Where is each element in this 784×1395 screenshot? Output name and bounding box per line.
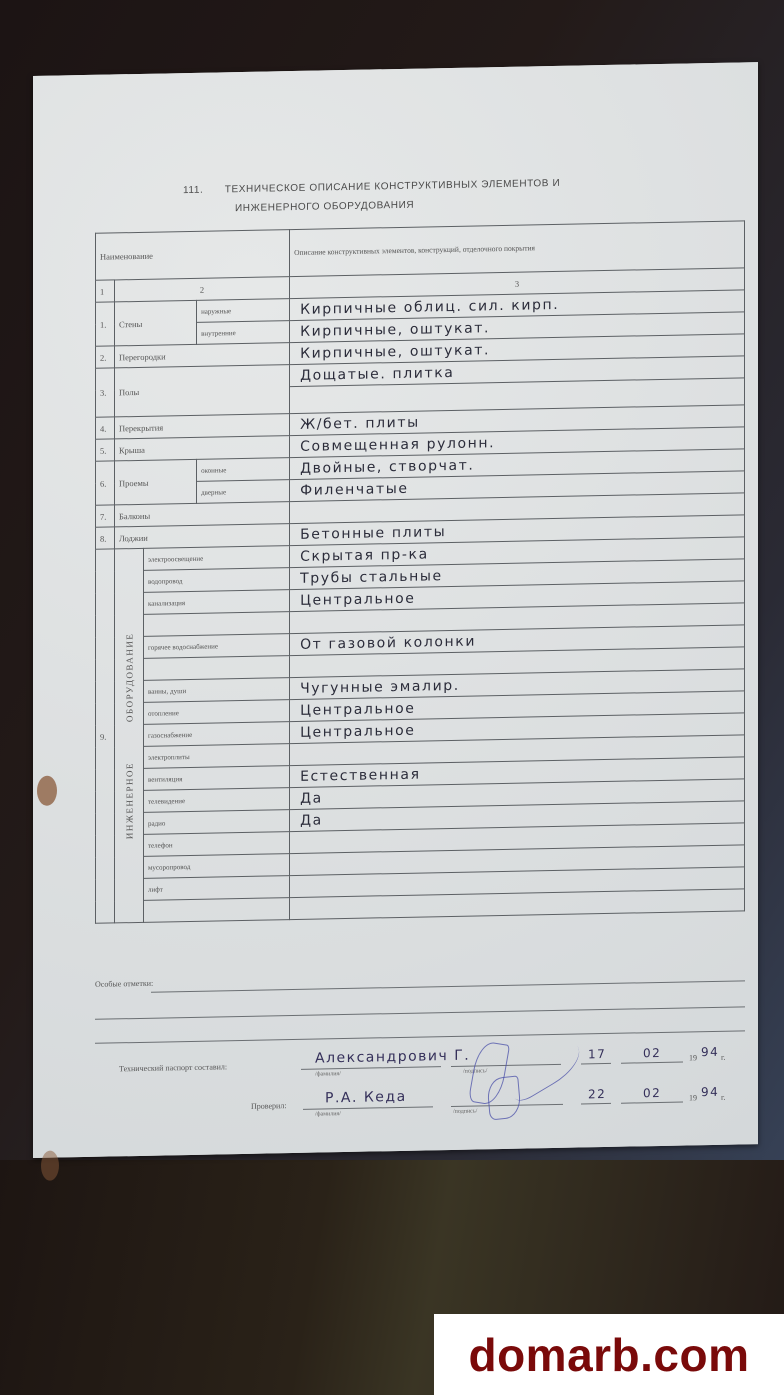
equipment-group-label: ИНЖЕНЕРНОЕОБОРУДОВАНИЕ (115, 548, 144, 923)
compiled-name: Александрович Г. (315, 1048, 470, 1067)
row-number: 2. (96, 346, 115, 368)
notes-label: Особые отметки: (95, 979, 153, 989)
equipment-label (144, 612, 290, 637)
compiled-year-suffix: г. (721, 1053, 725, 1062)
compiled-label: Технический паспорт составил: (119, 1062, 227, 1073)
day-line (581, 1063, 611, 1065)
month-line (621, 1062, 683, 1064)
signature-mark (486, 1075, 522, 1120)
name-line (301, 1066, 441, 1070)
equipment-label: телефон (144, 832, 290, 857)
index-1: 1 (96, 280, 115, 302)
document-sheet: 111. ТЕХНИЧЕСКОЕ ОПИСАНИЕ КОНСТРУКТИВНЫХ… (33, 62, 758, 1158)
row-subname: дверные (197, 480, 290, 504)
equipment-label: лифт (144, 876, 290, 901)
row-subname: внутренние (197, 321, 290, 345)
month-line (621, 1102, 683, 1104)
equipment-label: водопровод (144, 568, 290, 593)
watermark-banner: domarb.com (434, 1314, 784, 1395)
document-title: 111. ТЕХНИЧЕСКОЕ ОПИСАНИЕ КОНСТРУКТИВНЫХ… (183, 176, 653, 215)
row-subname: оконные (197, 458, 290, 482)
equipment-label (144, 898, 290, 923)
title-line-2: ИНЖЕНЕРНОГО ОБОРУДОВАНИЯ (235, 195, 653, 214)
checked-day: 22 (588, 1087, 606, 1101)
row-number: 9. (96, 549, 115, 923)
section-number: 111. (183, 185, 203, 196)
equipment-label (144, 656, 290, 681)
day-line (581, 1103, 611, 1105)
checked-year-suffix: г. (721, 1093, 725, 1102)
notes-line (95, 1030, 745, 1043)
row-subname: наружные (197, 299, 290, 323)
header-name: Наименование (96, 230, 290, 281)
equipment-label: электроплиты (144, 744, 290, 769)
checked-sub-sign: /подпись/ (453, 1108, 477, 1114)
checked-label: Проверил: (251, 1101, 287, 1111)
notes-line (95, 1006, 745, 1019)
row-number: 8. (96, 527, 115, 549)
equipment-label: вентиляция (144, 766, 290, 791)
row-number: 5. (96, 439, 115, 461)
equipment-label: газоснабжение (144, 722, 290, 747)
group-label-2: ОБОРУДОВАНИЕ (124, 632, 134, 722)
equipment-label: отопление (144, 700, 290, 725)
row-number: 4. (96, 417, 115, 439)
checked-month: 02 (643, 1086, 661, 1100)
compiled-day: 17 (588, 1047, 606, 1061)
row-number: 6. (96, 461, 115, 505)
checked-year-prefix: 19 (689, 1093, 697, 1102)
compiled-sub-name: /фамилия/ (315, 1071, 341, 1077)
checked-year: 94 (701, 1085, 719, 1099)
equipment-section: 9.ИНЖЕНЕРНОЕОБОРУДОВАНИЕэлектроосвещение… (96, 537, 745, 923)
row-number: 3. (96, 368, 115, 417)
stain-mark (37, 776, 57, 806)
equipment-label: горячее водоснабжение (144, 634, 290, 659)
row-name: Проемы (115, 459, 197, 505)
title-line-1: ТЕХНИЧЕСКОЕ ОПИСАНИЕ КОНСТРУКТИВНЫХ ЭЛЕМ… (225, 178, 560, 195)
compiled-month: 02 (643, 1046, 661, 1060)
equipment-label: канализация (144, 590, 290, 615)
equipment-label: радио (144, 810, 290, 835)
row-name: Полы (115, 365, 290, 417)
group-label-1: ИНЖЕНЕРНОЕ (124, 762, 134, 839)
name-line (303, 1106, 433, 1109)
row-number: 7. (96, 505, 115, 527)
equipment-label: мусоропровод (144, 854, 290, 879)
equipment-label: электроосвещение (144, 546, 290, 571)
row-number: 1. (96, 302, 115, 346)
compiled-year-prefix: 19 (689, 1053, 697, 1062)
description-table: Наименование Описание конструктивных эле… (95, 220, 745, 923)
equipment-label: ванны, души (144, 678, 290, 703)
watermark-text: domarb.com (468, 1328, 749, 1382)
checked-name: Р.А. Кеда (325, 1089, 407, 1107)
row-name: Стены (115, 300, 197, 346)
equipment-label: телевидение (144, 788, 290, 813)
compiled-year: 94 (701, 1045, 719, 1059)
checked-sub-name: /фамилия/ (315, 1111, 341, 1117)
